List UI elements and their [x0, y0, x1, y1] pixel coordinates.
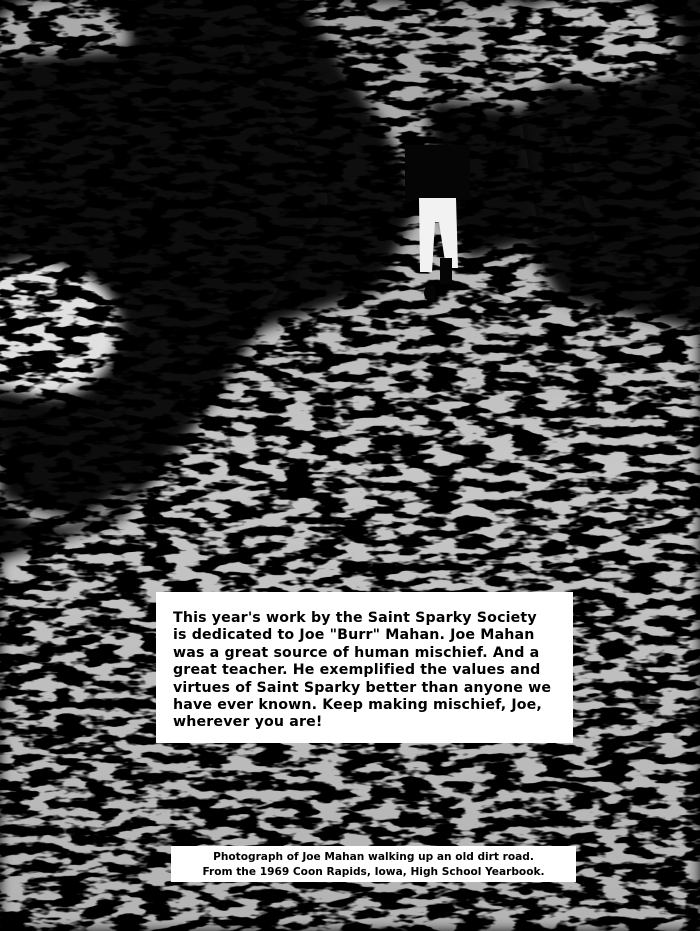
photo-caption-text: Photograph of Joe Mahan walking up an ol… — [173, 850, 574, 879]
page: This year's work by the Saint Sparky Soc… — [0, 0, 700, 931]
dedication-text: This year's work by the Saint Sparky Soc… — [173, 610, 563, 732]
photo-caption-box: Photograph of Joe Mahan walking up an ol… — [171, 846, 576, 882]
dirt-road-photograph — [0, 0, 700, 931]
dedication-box: This year's work by the Saint Sparky Soc… — [156, 592, 573, 743]
